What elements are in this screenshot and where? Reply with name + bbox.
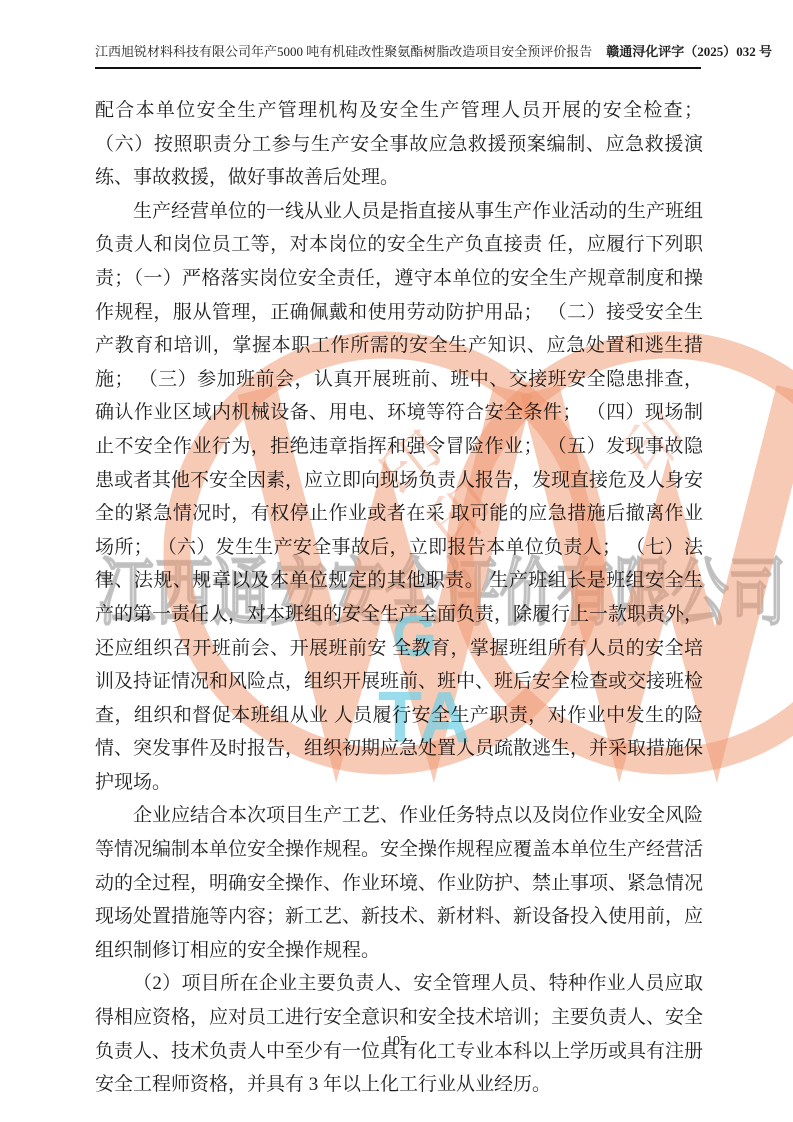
report-page: 江西旭锐材料科技有限公司年产5000 吨有机硅改性聚氨酯树脂改造项目安全预评价报… bbox=[0, 0, 793, 1122]
page-number: 105 bbox=[0, 1034, 793, 1050]
document-number: 赣通浔化评字（2025）032 号 bbox=[606, 44, 772, 60]
paragraph-operation-rules: 企业应结合本次项目生产工艺、作业任务特点以及岗位作业安全风险等情况编制本单位安全… bbox=[95, 799, 703, 967]
paragraph-frontline-duties: 生产经营单位的一线从业人员是指直接从事生产作业活动的生产班组负责人和岗位员工等，… bbox=[95, 195, 703, 800]
body-text: 配合本单位安全生产管理机构及安全生产管理人员开展的安全检查； （六）按照职责分工… bbox=[95, 94, 703, 1102]
page-header: 江西旭锐材料科技有限公司年产5000 吨有机硅改性聚氨酯树脂改造项目安全预评价报… bbox=[95, 44, 701, 69]
report-title: 江西旭锐材料科技有限公司年产5000 吨有机硅改性聚氨酯树脂改造项目安全预评价报… bbox=[95, 44, 592, 60]
paragraph-duty-cont: 配合本单位安全生产管理机构及安全生产管理人员开展的安全检查； （六）按照职责分工… bbox=[95, 94, 703, 195]
